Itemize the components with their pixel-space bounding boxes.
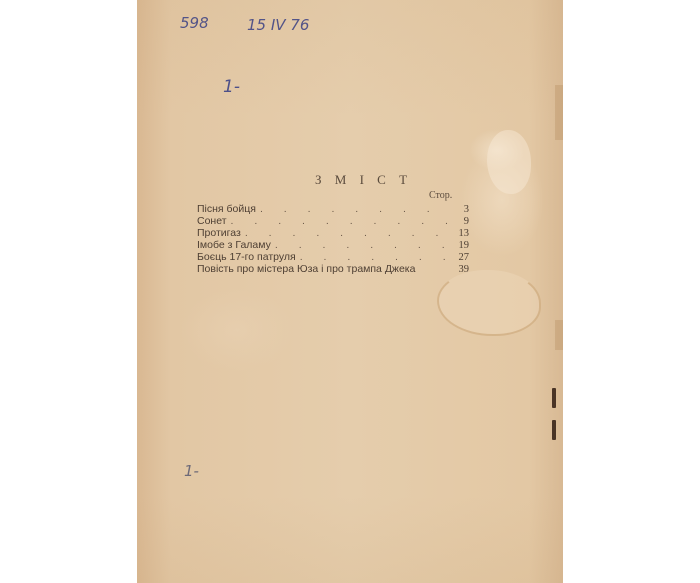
water-stain (487, 130, 531, 194)
torn-edge (555, 320, 563, 350)
toc-leader: . . . . . . . . . . . . . . . . . . . . (300, 251, 447, 263)
handwritten-date: 15 IV 76 (247, 16, 309, 34)
toc-entry-title: Імобе з Галаму (197, 239, 271, 251)
handwritten-mark: 1- (184, 462, 199, 480)
toc-entry: Імобе з Галаму . . . . . . . . . . . . .… (197, 239, 469, 251)
water-stain (437, 270, 541, 336)
toc-leader: . . . . . . . . . . . . . . . . . . . . (260, 203, 447, 215)
toc-entry-page: 9 (451, 216, 469, 228)
toc-entry: Протигаз . . . . . . . . . . . . . . . .… (197, 227, 469, 239)
toc-entry-title: Сонет (197, 215, 227, 227)
toc-leader: . . . . . . . . . . . . . . . . . . . . (245, 227, 447, 239)
toc-entry-page: 3 (451, 204, 469, 216)
toc-entry-page: 39 (451, 264, 469, 276)
toc-entry-page: 13 (451, 228, 469, 240)
toc-entry-title: Повість про містера Юза і про трампа Дже… (197, 263, 415, 275)
toc-entry: Повість про містера Юза і про трампа Дже… (197, 263, 469, 275)
toc-entry: Боєць 17-го патруля . . . . . . . . . . … (197, 251, 469, 263)
handwritten-number: 598 (180, 14, 209, 32)
toc-leader: . . . . . . . . . . . . . . . . . . . . (275, 239, 447, 251)
toc-entry: Сонет . . . . . . . . . . . . . . . . . … (197, 215, 469, 227)
toc-entry-title: Боєць 17-го патруля (197, 251, 296, 263)
toc-entry-title: Протигаз (197, 227, 241, 239)
staple (552, 388, 556, 408)
staple (552, 420, 556, 440)
toc-leader: . . . . . . . . . . . . . . . . . . . . (231, 215, 447, 227)
toc-title: З М І С Т (315, 172, 412, 188)
table-of-contents: Пісня бойця . . . . . . . . . . . . . . … (197, 203, 469, 275)
toc-entry-title: Пісня бойця (197, 203, 256, 215)
toc-page-header: Стор. (429, 190, 452, 201)
toc-entry: Пісня бойця . . . . . . . . . . . . . . … (197, 203, 469, 215)
handwritten-mark: 1- (223, 77, 240, 97)
toc-entry-page: 19 (451, 240, 469, 252)
torn-edge (555, 85, 563, 140)
toc-entry-page: 27 (451, 252, 469, 264)
book-page: 598 15 IV 76 1- 1- З М І С Т Стор. Пісня… (137, 0, 563, 583)
